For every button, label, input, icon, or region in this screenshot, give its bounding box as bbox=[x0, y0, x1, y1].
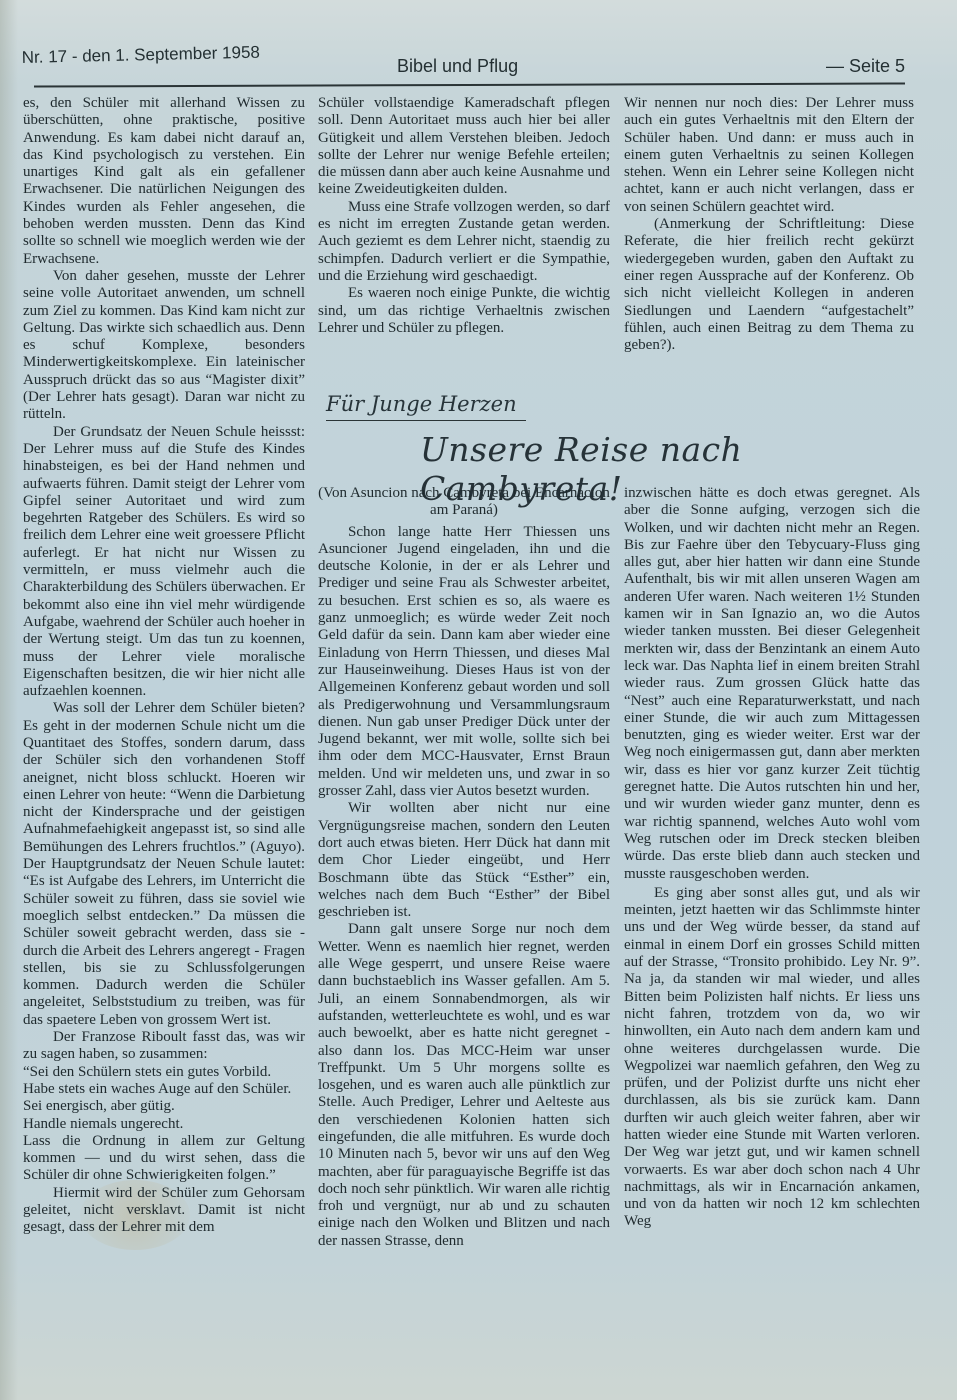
issue-date: Nr. 17 - den 1. September 1958 bbox=[22, 43, 261, 68]
paragraph: Hiermit wird der Schüler zum Gehorsam ge… bbox=[23, 1185, 305, 1237]
publication-title: Bibel und Pflug bbox=[397, 56, 518, 77]
paragraph: Wir wollten aber nicht nur eine Vergnügu… bbox=[318, 800, 610, 921]
page-number: — Seite 5 bbox=[826, 56, 905, 77]
paragraph: Wir nennen nur noch dies: Der Lehrer mus… bbox=[624, 95, 914, 216]
quote-line: Lass die Ordnung in allem zur Geltung ko… bbox=[23, 1133, 305, 1185]
quote-line: Habe stets ein waches Auge auf den Schül… bbox=[23, 1081, 305, 1098]
paragraph: es, den Schüler mit allerhand Wissen zu … bbox=[23, 95, 305, 268]
story-subtitle: (Von Asuncion nach Cambyreta bei Encarna… bbox=[318, 485, 610, 520]
paragraph: Dann galt unsere Sorge nur noch dem Wett… bbox=[318, 921, 610, 1250]
paragraph: Was soll der Lehrer dem Schüler bieten? … bbox=[23, 700, 305, 1029]
article2-column-left: (Von Asuncion nach Cambyreta bei Encarna… bbox=[318, 485, 610, 1250]
section-heading: Für Junge Herzen bbox=[326, 392, 526, 421]
article1-column-2: Schüler vollstaendige Kameradschaft pfle… bbox=[318, 95, 610, 337]
page-edge-shadow bbox=[0, 0, 18, 1400]
paragraph: Es ging aber sonst alles gut, und als wi… bbox=[624, 885, 920, 1231]
quote-line: Sei energisch, aber gütig. bbox=[23, 1098, 305, 1115]
paragraph: Schon lange hatte Herr Thiessen uns Asun… bbox=[318, 524, 610, 801]
paragraph: inzwischen hätte es doch etwas geregnet.… bbox=[624, 485, 920, 883]
quote-line: Handle niemals ungerecht. bbox=[23, 1116, 305, 1133]
paragraph: Es waeren noch einige Punkte, die wichti… bbox=[318, 285, 610, 337]
paragraph: Muss eine Strafe vollzogen werden, so da… bbox=[318, 199, 610, 285]
editor-note: (Anmerkung der Schriftleitung: Diese Ref… bbox=[624, 216, 914, 354]
article2-column-right: inzwischen hätte es doch etwas geregnet.… bbox=[624, 485, 920, 1231]
article1-column-3: Wir nennen nur noch dies: Der Lehrer mus… bbox=[624, 95, 914, 354]
article1-column-1: es, den Schüler mit allerhand Wissen zu … bbox=[23, 95, 305, 1237]
paragraph: Von daher gesehen, musste der Lehrer sei… bbox=[23, 268, 305, 424]
newspaper-page: Nr. 17 - den 1. September 1958 Bibel und… bbox=[0, 0, 957, 1400]
paragraph: Schüler vollstaendige Kameradschaft pfle… bbox=[318, 95, 610, 199]
paragraph: Der Grundsatz der Neuen Schule heissst: … bbox=[23, 424, 305, 701]
page-header: Nr. 17 - den 1. September 1958 Bibel und… bbox=[22, 44, 905, 92]
header-rule bbox=[34, 82, 905, 87]
paragraph: Der Franzose Riboult fasst das, was wir … bbox=[23, 1029, 305, 1064]
quote-line: “Sei den Schülern stets ein gutes Vorbil… bbox=[23, 1064, 305, 1081]
